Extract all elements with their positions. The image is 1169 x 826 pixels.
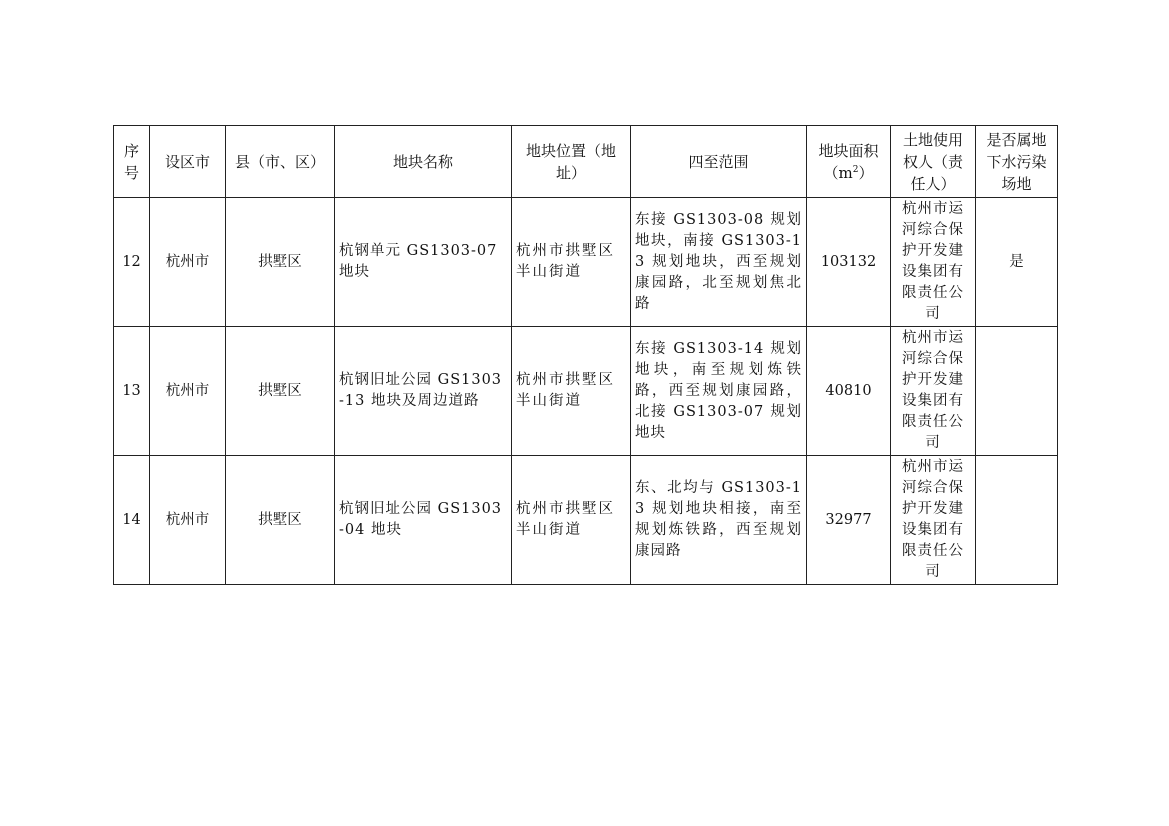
cell-area: 40810 <box>807 327 891 456</box>
cell-location: 杭州市拱墅区半山街道 <box>512 198 631 327</box>
cell-area: 103132 <box>807 198 891 327</box>
cell-groundwater: 是 <box>976 198 1058 327</box>
cell-seq: 13 <box>114 327 150 456</box>
cell-city: 杭州市 <box>150 456 226 585</box>
contaminated-land-table: 序号 设区市 县（市、区） 地块名称 地块位置（地址） 四至范围 地块面积 （m… <box>113 125 1058 585</box>
cell-county: 拱墅区 <box>226 327 335 456</box>
cell-county: 拱墅区 <box>226 456 335 585</box>
cell-seq: 12 <box>114 198 150 327</box>
header-groundwater: 是否属地下水污染场地 <box>976 126 1058 198</box>
header-seq: 序号 <box>114 126 150 198</box>
cell-groundwater <box>976 327 1058 456</box>
table-row: 12 杭州市 拱墅区 杭钢单元 GS1303-07 地块 杭州市拱墅区半山街道 … <box>114 198 1058 327</box>
header-plot-name: 地块名称 <box>335 126 512 198</box>
header-area-label: 地块面积 <box>818 142 878 160</box>
cell-location: 杭州市拱墅区半山街道 <box>512 456 631 585</box>
area-unit-close: ） <box>858 164 873 182</box>
document-page: 序号 设区市 县（市、区） 地块名称 地块位置（地址） 四至范围 地块面积 （m… <box>0 0 1169 826</box>
cell-city: 杭州市 <box>150 327 226 456</box>
cell-boundaries: 东、北均与 GS1303-13 规划地块相接，南至规划炼铁路，西至规划康园路 <box>631 456 807 585</box>
cell-city: 杭州市 <box>150 198 226 327</box>
cell-owner: 杭州市运河综合保护开发建设集团有限责任公司 <box>891 198 976 327</box>
header-area-unit: （m2） <box>824 164 874 182</box>
cell-plot-name: 杭钢单元 GS1303-07 地块 <box>335 198 512 327</box>
cell-boundaries: 东接 GS1303-14 规划地块，南至规划炼铁路，西至规划康园路，北接 GS1… <box>631 327 807 456</box>
header-city: 设区市 <box>150 126 226 198</box>
table-row: 14 杭州市 拱墅区 杭钢旧址公园 GS1303-04 地块 杭州市拱墅区半山街… <box>114 456 1058 585</box>
header-location: 地块位置（地址） <box>512 126 631 198</box>
cell-county: 拱墅区 <box>226 198 335 327</box>
cell-plot-name: 杭钢旧址公园 GS1303-13 地块及周边道路 <box>335 327 512 456</box>
cell-plot-name: 杭钢旧址公园 GS1303-04 地块 <box>335 456 512 585</box>
table-row: 13 杭州市 拱墅区 杭钢旧址公园 GS1303-13 地块及周边道路 杭州市拱… <box>114 327 1058 456</box>
cell-seq: 14 <box>114 456 150 585</box>
cell-owner: 杭州市运河综合保护开发建设集团有限责任公司 <box>891 327 976 456</box>
header-row: 序号 设区市 县（市、区） 地块名称 地块位置（地址） 四至范围 地块面积 （m… <box>114 126 1058 198</box>
header-county: 县（市、区） <box>226 126 335 198</box>
cell-owner: 杭州市运河综合保护开发建设集团有限责任公司 <box>891 456 976 585</box>
cell-location: 杭州市拱墅区半山街道 <box>512 327 631 456</box>
cell-boundaries: 东接 GS1303-08 规划地块，南接 GS1303-13 规划地块，西至规划… <box>631 198 807 327</box>
header-boundaries: 四至范围 <box>631 126 807 198</box>
area-unit-open: （m <box>824 164 853 182</box>
header-owner: 土地使用权人（责任人） <box>891 126 976 198</box>
cell-area: 32977 <box>807 456 891 585</box>
header-area: 地块面积 （m2） <box>807 126 891 198</box>
cell-groundwater <box>976 456 1058 585</box>
